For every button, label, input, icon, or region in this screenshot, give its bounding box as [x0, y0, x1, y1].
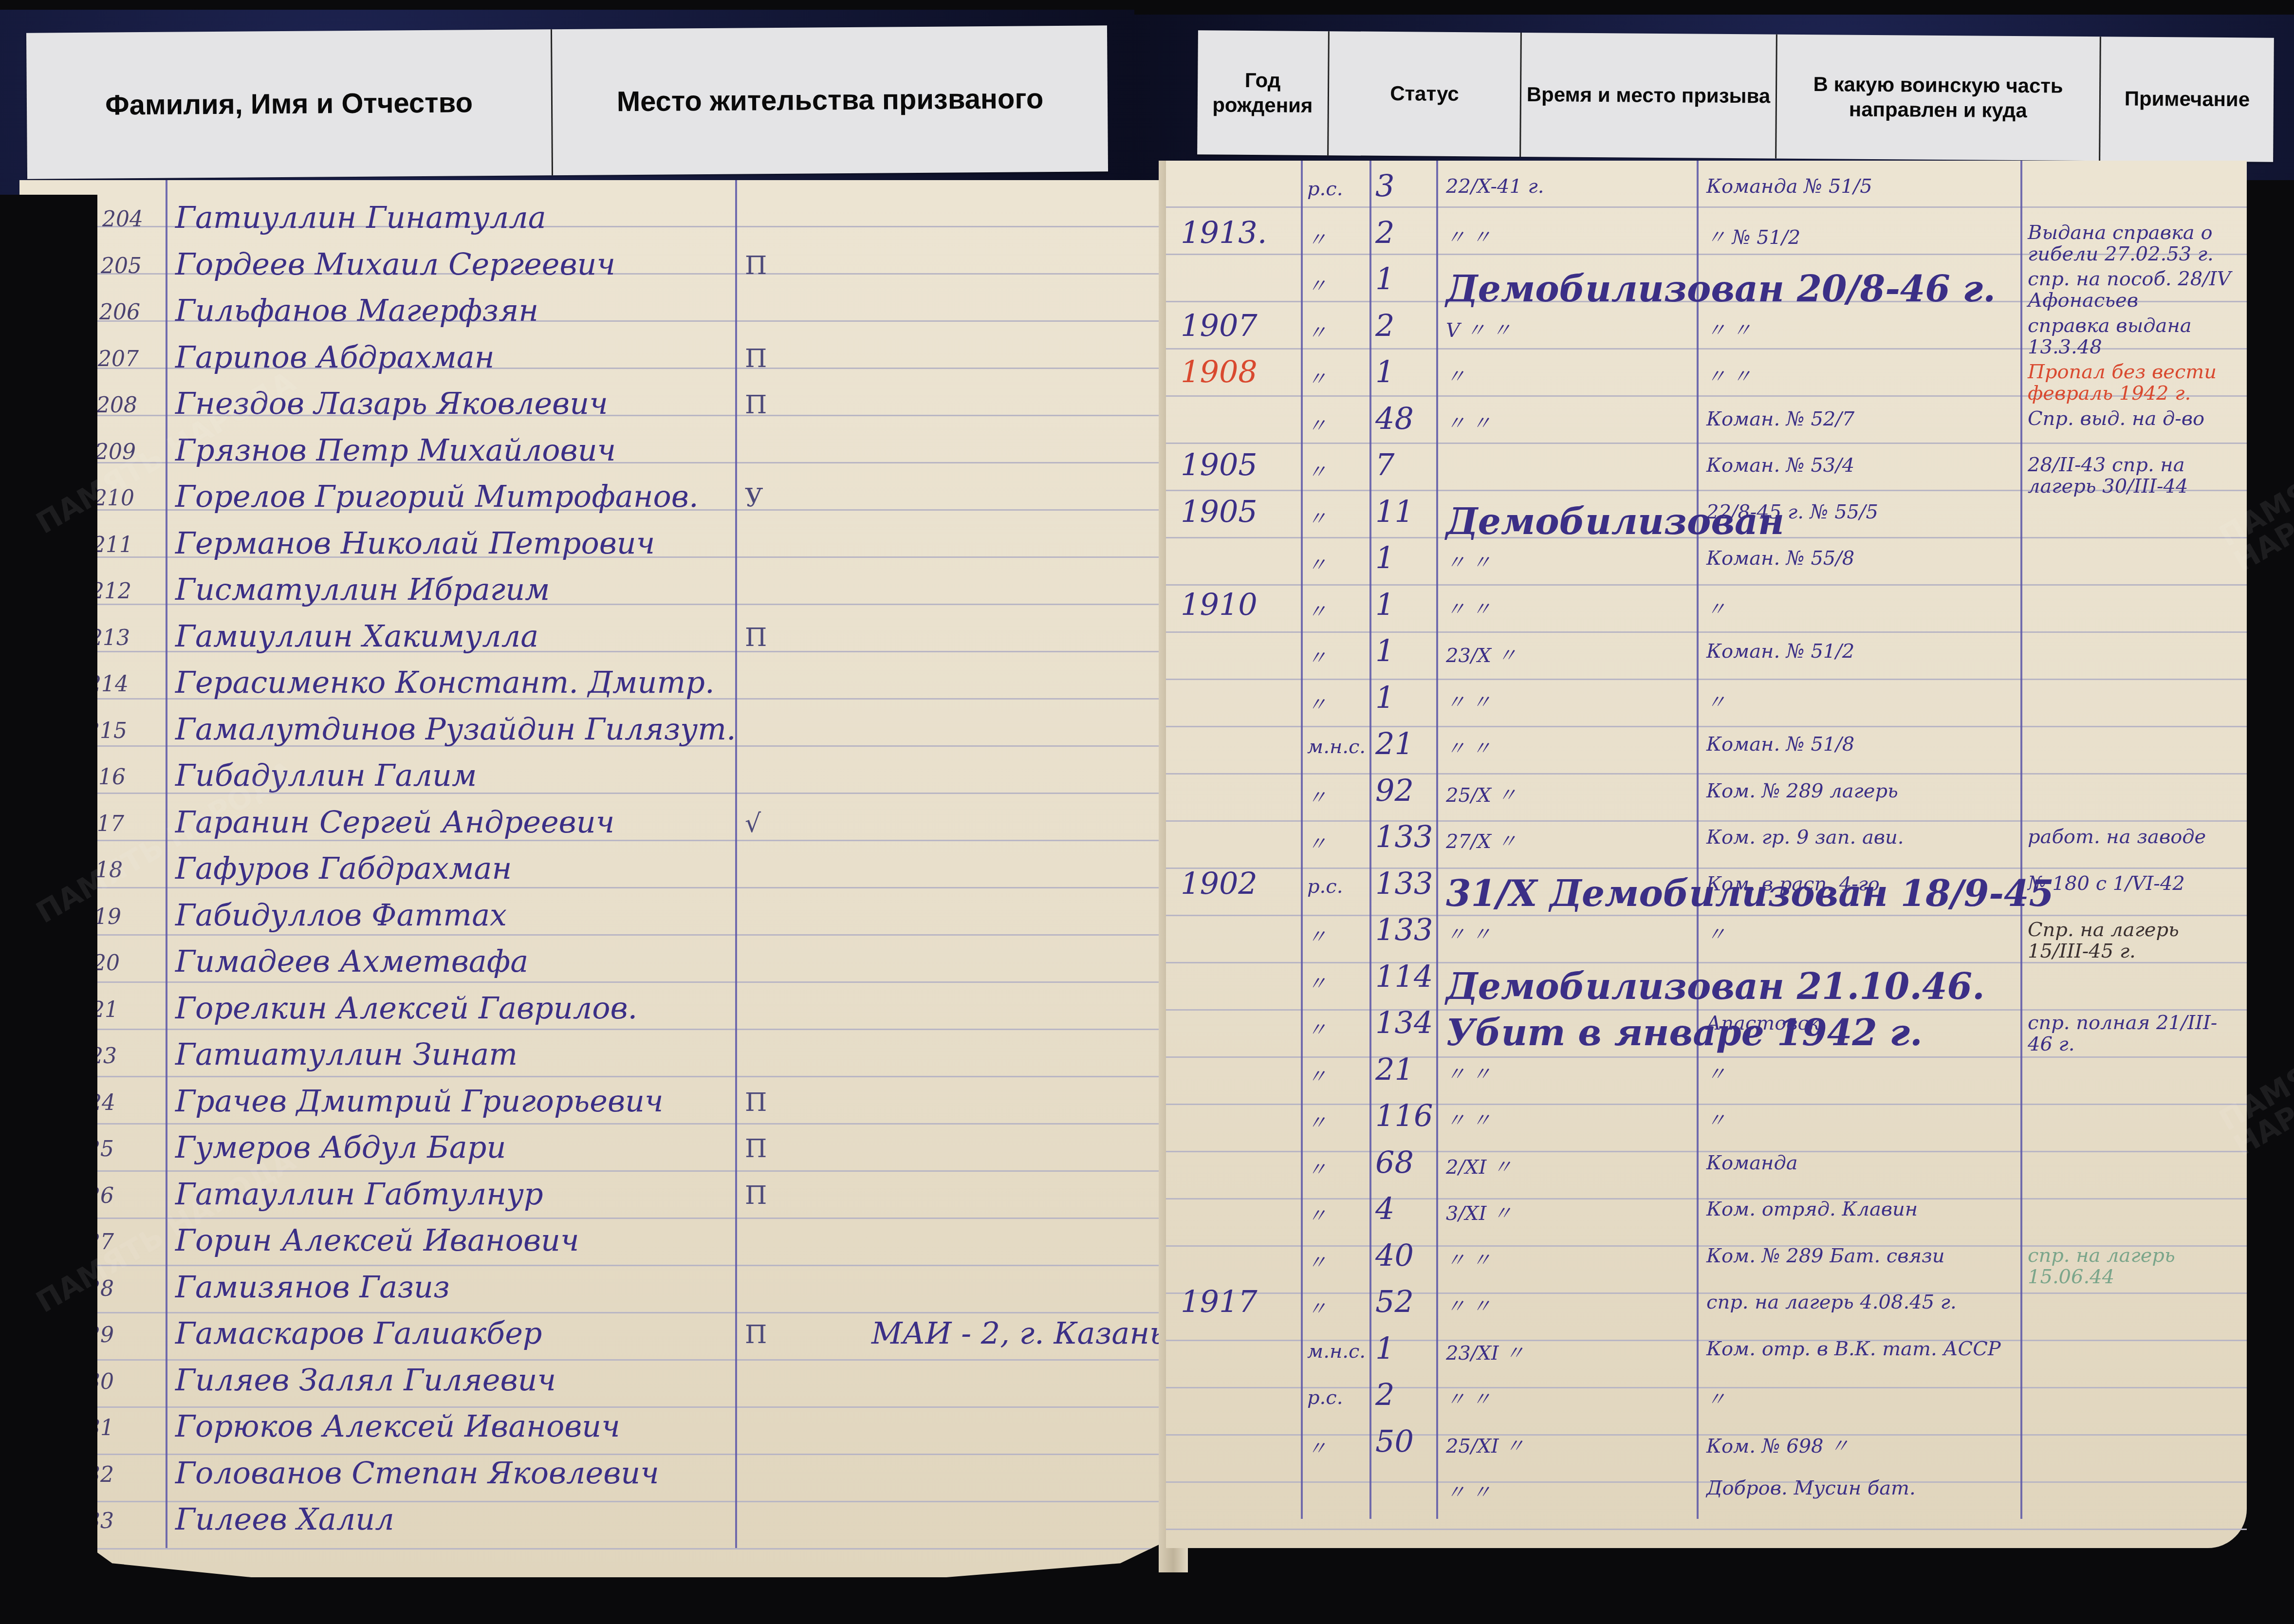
assigned-unit: Добров. Мусин бат. [1706, 1477, 1916, 1499]
assigned-unit: Ком. в расп. 4-го [1706, 873, 1880, 895]
conscription-date: 〃 〃 [1446, 1477, 1491, 1505]
column-divider [1697, 161, 1699, 1519]
status: м.н.с. [1307, 1340, 1366, 1363]
birth-year: 1917 [1181, 1284, 1258, 1319]
assigned-unit: Коман. № 53/4 [1706, 454, 1854, 477]
status: 〃 [1307, 829, 1327, 856]
row-number: 206 [99, 300, 140, 325]
row-mark: П [745, 1181, 767, 1210]
status: 〃 [1307, 1433, 1327, 1461]
status: 〃 [1307, 1015, 1327, 1042]
conscription-date: 27/X 〃 [1446, 826, 1517, 854]
conscript-name: Гаранин Сергей Андреевич [175, 804, 614, 840]
row-mark: У [745, 483, 763, 513]
status: 〃 [1307, 457, 1327, 484]
status: 〃 [1307, 1061, 1327, 1089]
status: 〃 [1307, 968, 1327, 996]
assigned-unit: спр. на лагерь 4.08.45 г. [1706, 1291, 1957, 1313]
status: 〃 [1307, 317, 1327, 345]
conscript-name: Гамалутдинов Рузайдин Гилязут. [175, 711, 736, 747]
status-code: 3 [1375, 168, 1394, 203]
status-code: 68 [1375, 1144, 1414, 1180]
status-code: 21 [1375, 1052, 1414, 1087]
conscript-name: Гиляев Залял Гиляевич [175, 1362, 556, 1398]
conscription-date: 22/X-41 г. [1446, 175, 1544, 198]
assigned-unit: Ком. отр. в В.К. тат. АССР [1706, 1338, 2001, 1360]
assigned-unit: 〃 [1706, 919, 1726, 947]
status-code: 52 [1375, 1284, 1414, 1319]
status: 〃 [1307, 596, 1327, 624]
status: 〃 [1307, 364, 1327, 391]
status-code: 92 [1375, 773, 1414, 808]
header-residence: Место жительства призваного [552, 25, 1108, 175]
row-mark: П [745, 344, 767, 373]
status: м.н.с. [1307, 736, 1366, 758]
residence: МАИ - 2, г. Казань [871, 1315, 1166, 1351]
status-code: 1 [1375, 633, 1394, 668]
conscription-date: 3/XI 〃 [1446, 1198, 1512, 1226]
status: 〃 [1307, 782, 1327, 810]
header-birth-year: Год рождения [1197, 30, 1330, 155]
conscript-name: Горин Алексей Иванович [175, 1222, 579, 1258]
assigned-unit: Ком. № 289 лагерь [1706, 780, 1898, 802]
background-shadow [0, 195, 97, 1624]
conscript-name: Гильфанов Магерфзян [175, 293, 538, 328]
birth-year: 1910 [1181, 587, 1258, 622]
row-mark: П [745, 1088, 767, 1117]
conscription-date: 〃 〃 [1446, 687, 1491, 715]
row-number: 208 [96, 393, 137, 418]
assigned-unit: 〃 № 51/2 [1706, 222, 1800, 250]
status: 〃 [1307, 1247, 1327, 1275]
status-code: 7 [1375, 447, 1394, 482]
assigned-unit: Ком. гр. 9 зап. ави. [1706, 826, 1904, 849]
row-number: 204 [102, 207, 143, 232]
status-code: 2 [1375, 308, 1394, 343]
conscript-name: Грачев Дмитрий Григорьевич [175, 1083, 664, 1119]
conscript-name: Горелкин Алексей Гаврилов. [175, 990, 637, 1026]
note: Спр. на лагерь 15/III-45 г. [2028, 919, 2242, 962]
row-number: 211 [92, 533, 133, 557]
conscription-date: 25/XI 〃 [1446, 1431, 1524, 1458]
assigned-unit: Ком. № 698 〃 [1706, 1431, 1849, 1458]
status: р.с. [1307, 178, 1343, 200]
assigned-unit: 〃 [1706, 687, 1726, 715]
header-note: Примечание [2100, 37, 2274, 162]
row-number: 207 [98, 347, 139, 371]
status-code: 21 [1375, 726, 1414, 761]
conscription-date: 〃 〃 [1446, 733, 1491, 761]
conscript-name: Гамиуллин Хакимулла [175, 618, 538, 654]
header-conscription-time-place: Время и место призыва [1521, 33, 1777, 159]
conscription-date: 2/XI 〃 [1446, 1152, 1512, 1180]
conscription-date: Демобилизован 20/8-46 г. [1446, 268, 1996, 310]
conscript-name: Гордеев Михаил Сергеевич [175, 246, 615, 282]
assigned-unit: 〃 [1706, 594, 1726, 622]
conscription-date: 〃 〃 [1446, 1245, 1491, 1273]
status: 〃 [1307, 1107, 1327, 1135]
column-divider [166, 180, 167, 1548]
note: работ. на заводе [2028, 826, 2242, 848]
conscription-date: V 〃 〃 [1446, 315, 1511, 343]
status: 〃 [1307, 224, 1327, 252]
conscription-date: 〃 〃 [1446, 408, 1491, 436]
status-code: 50 [1375, 1423, 1414, 1459]
status: 〃 [1307, 1154, 1327, 1182]
assigned-unit: Коман. № 51/2 [1706, 640, 1854, 663]
status: 〃 [1307, 689, 1327, 717]
conscription-date: 〃 〃 [1446, 1291, 1491, 1319]
assigned-unit: Коман. № 52/7 [1706, 408, 1854, 430]
column-divider [735, 180, 737, 1548]
conscription-date: 〃 〃 [1446, 1105, 1491, 1133]
status-code: 1 [1375, 354, 1394, 389]
note: справка выдана 13.3.48 [2028, 315, 2242, 358]
conscript-name: Гатиуллин Гинатулла [175, 200, 546, 235]
note: № 180 с 1/VI-42 [2028, 873, 2242, 894]
assigned-unit: Команда [1706, 1152, 1798, 1174]
status: 〃 [1307, 1293, 1327, 1321]
assigned-unit: 〃 [1706, 1105, 1726, 1133]
conscript-name: Гамизянов Газиз [175, 1269, 450, 1305]
conscription-date: 25/X 〃 [1446, 780, 1517, 808]
row-mark: П [745, 251, 767, 280]
conscription-date: 〃 〃 [1446, 1384, 1491, 1412]
status: 〃 [1307, 643, 1327, 670]
conscript-name: Гибадуллин Галим [175, 757, 477, 793]
status-code: 1 [1375, 540, 1394, 575]
column-divider [1301, 161, 1303, 1519]
status-code: 1 [1375, 587, 1394, 622]
status-code: 1 [1375, 1330, 1394, 1366]
conscript-name: Гимадеев Ахметвафа [175, 943, 528, 979]
assigned-unit: 〃 〃 [1706, 361, 1752, 389]
assigned-unit: 〃 〃 [1706, 315, 1752, 343]
status-code: 133 [1375, 912, 1433, 947]
status-code: 134 [1375, 1005, 1433, 1040]
birth-year: 1908 [1181, 354, 1258, 389]
row-mark: П [745, 623, 767, 652]
assigned-unit: Ком. № 289 Бат. связи [1706, 1245, 1945, 1267]
conscript-name: Габидуллов Фаттах [175, 897, 507, 933]
conscript-name: Горюков Алексей Иванович [175, 1408, 620, 1444]
status: 〃 [1307, 550, 1327, 577]
note: спр. полная 21/III-46 г. [2028, 1012, 2242, 1055]
row-mark: √ [745, 809, 761, 838]
conscription-date: 〃 [1446, 361, 1465, 389]
conscript-name: Гамаскаров Галиакбер [175, 1315, 542, 1351]
conscript-name: Герасименко Констант. Дмитр. [175, 664, 715, 700]
status-code: 1 [1375, 261, 1394, 296]
assigned-unit: Команда № 51/5 [1706, 175, 1872, 198]
header-assigned-unit: В какую воинскую часть направлен и куда [1776, 35, 2101, 161]
assigned-unit: 22/8-45 г. № 55/5 [1706, 501, 1878, 523]
birth-year: 1905 [1181, 447, 1258, 482]
conscription-date: 〃 〃 [1446, 222, 1491, 250]
conscription-date: 23/X 〃 [1446, 640, 1517, 668]
conscript-name: Грязнов Петр Михайлович [175, 432, 616, 468]
status-code: 133 [1375, 819, 1433, 854]
status-code: 2 [1375, 215, 1394, 250]
assigned-unit: Коман. № 55/8 [1706, 547, 1854, 570]
status-code: 11 [1375, 494, 1414, 529]
status: 〃 [1307, 410, 1327, 438]
row-mark: П [745, 390, 767, 420]
conscription-date: 23/XI 〃 [1446, 1338, 1524, 1366]
conscript-name: Голованов Степан Яковлевич [175, 1455, 659, 1491]
note: Спр. выд. на д-во [2028, 408, 2242, 429]
conscription-date: 〃 〃 [1446, 1059, 1491, 1087]
conscript-name: Германов Николай Петрович [175, 525, 655, 561]
note: спр. на лагерь 15.06.44 [2028, 1245, 2242, 1288]
header-strip-left: Фамилия, Имя и Отчество Место жительства… [26, 25, 1108, 179]
note: 28/II-43 спр. на лагерь 30/III-44 [2028, 454, 2242, 497]
row-number: 210 [93, 486, 134, 511]
conscript-name: Гафуров Габдрахман [175, 850, 512, 886]
conscription-date: 〃 〃 [1446, 594, 1491, 622]
column-divider [2020, 161, 2022, 1519]
status: 〃 [1307, 271, 1327, 298]
header-full-name: Фамилия, Имя и Отчество [26, 29, 553, 179]
assigned-unit: Коман. № 51/8 [1706, 733, 1854, 756]
status-code: 48 [1375, 401, 1414, 436]
conscription-date: 〃 〃 [1446, 919, 1491, 947]
assigned-unit: 〃 [1706, 1059, 1726, 1087]
conscript-name: Гилеев Халил [175, 1501, 394, 1537]
conscript-name: Гисматуллин Ибрагим [175, 572, 550, 607]
status: 〃 [1307, 503, 1327, 531]
conscript-name: Гумеров Абдул Бари [175, 1129, 506, 1165]
status-code: 2 [1375, 1377, 1394, 1412]
status-code: 116 [1375, 1098, 1433, 1133]
conscription-date: Убит в январе 1942 г. [1446, 1012, 1923, 1054]
birth-year: 1905 [1181, 494, 1258, 529]
birth-year: 1907 [1181, 308, 1258, 343]
status: р.с. [1307, 1386, 1343, 1409]
note: спр. на пособ. 28/IV Афонасьев [2028, 268, 2242, 311]
conscription-date: Демобилизован 21.10.46. [1446, 966, 1985, 1008]
row-number: 205 [101, 254, 142, 278]
birth-year: 1913. [1181, 215, 1267, 250]
status-code: 40 [1375, 1237, 1414, 1273]
ledger-page-right: р.с.322/X-41 г.Команда № 51/51913.〃2〃 〃〃… [1166, 161, 2247, 1548]
status-code: 114 [1375, 959, 1433, 994]
status-code: 1 [1375, 680, 1394, 715]
row-number: 209 [95, 440, 136, 464]
status: 〃 [1307, 922, 1327, 949]
status: р.с. [1307, 875, 1343, 898]
row-mark: П [745, 1134, 767, 1163]
header-strip-right: Год рождения Статус Время и место призыв… [1197, 30, 2274, 162]
column-divider [1369, 161, 1371, 1519]
ledger-page-left: 204Гатиуллин Гинатулла205Гордеев Михаил … [19, 180, 1178, 1577]
birth-year: 1902 [1181, 866, 1258, 901]
note: Выдана справка о гибели 27.02.53 г. [2028, 222, 2242, 265]
conscript-name: Гнездов Лазарь Яковлевич [175, 386, 608, 421]
conscript-name: Гарипов Абдрахман [175, 339, 495, 375]
conscript-name: Горелов Григорий Митрофанов. [175, 479, 699, 514]
row-mark: П [745, 1320, 767, 1349]
header-status: Статус [1329, 31, 1522, 157]
column-divider [1436, 161, 1438, 1519]
note: Пропал без вести февраль 1942 г. [2028, 361, 2242, 404]
conscript-name: Гатауллин Габтулнур [175, 1176, 543, 1212]
status-code: 4 [1375, 1191, 1394, 1226]
assigned-unit: Ком. отряд. Клавин [1706, 1198, 1918, 1220]
assigned-unit: 〃 [1706, 1384, 1726, 1412]
conscription-date: 〃 〃 [1446, 547, 1491, 575]
assigned-unit: Апастовск. [1706, 1012, 1827, 1034]
conscript-name: Гатиатуллин Зинат [175, 1036, 518, 1072]
status: 〃 [1307, 1200, 1327, 1228]
status-code: 133 [1375, 866, 1433, 901]
